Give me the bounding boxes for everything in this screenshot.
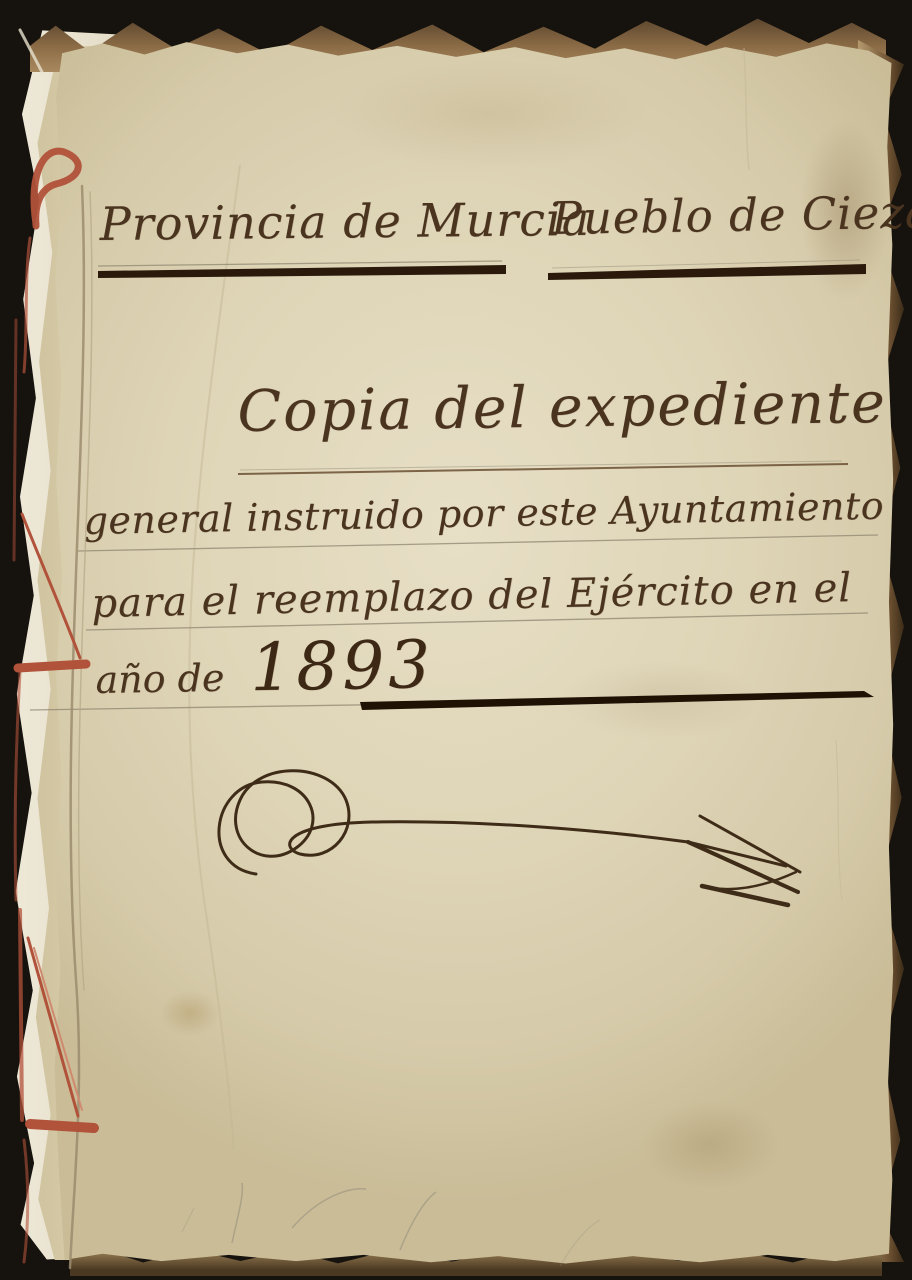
title-line: Copia del expediente <box>237 370 887 445</box>
year-prefix: año de <box>95 656 225 702</box>
year-line: año de 1893 <box>95 626 435 709</box>
header-province: Provincia de Murcia <box>99 192 590 251</box>
header-town: Pueblo de Cieza <box>551 185 912 245</box>
year-value: 1893 <box>250 626 435 706</box>
